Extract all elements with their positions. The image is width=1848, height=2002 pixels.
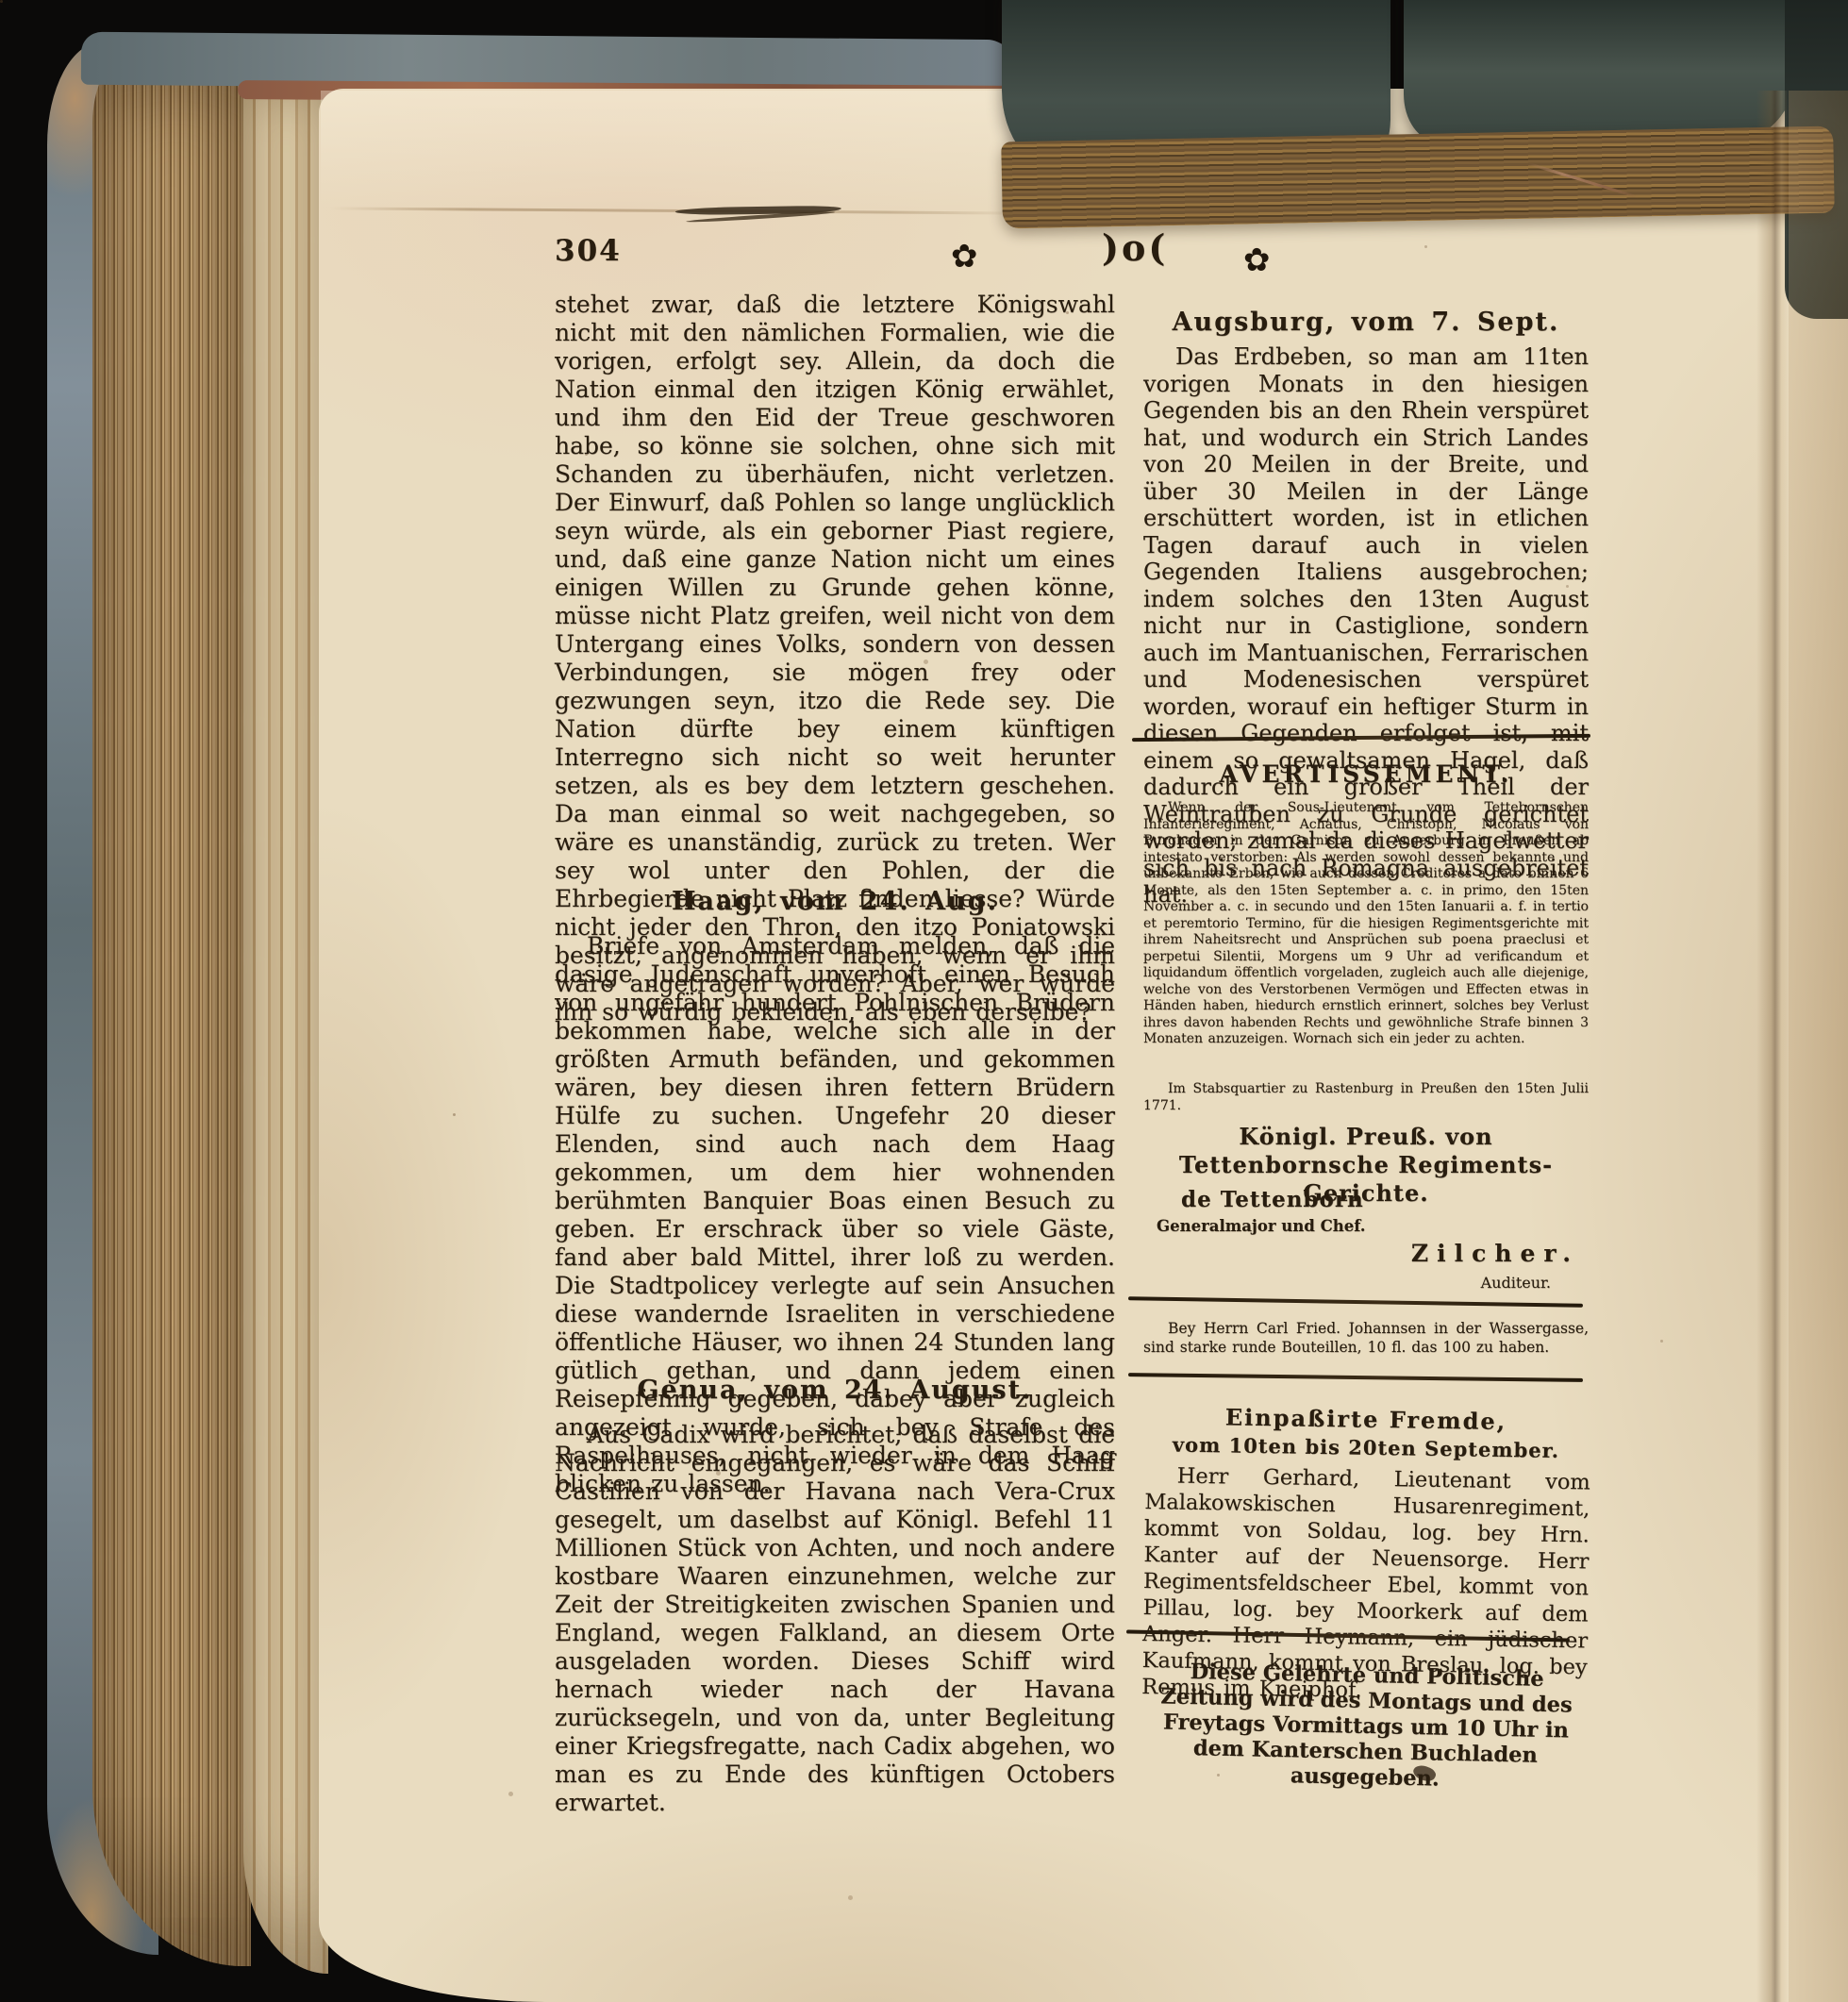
- floral-ornament-icon: ✿: [951, 238, 978, 275]
- column-divider-mark: )o(: [1102, 226, 1168, 269]
- page-stack-fore-edge: [92, 58, 251, 1966]
- page-number: 304: [555, 234, 622, 268]
- page-fold-crease: [1756, 91, 1789, 2002]
- publication-schedule-notice: Diese Gelehrte und Politische Zeitung wi…: [1142, 1659, 1590, 1795]
- page-stack-top-edge: [1001, 126, 1835, 229]
- bottle-sale-notice: Bey Herrn Carl Fried. Johannsen in der W…: [1143, 1319, 1589, 1357]
- paper-specks: [0, 0, 3, 3]
- avertissement-dateline: Im Stabsquartier zu Rastenburg in Preuße…: [1143, 1081, 1589, 1114]
- countersignature-name: Zilcher.: [1143, 1240, 1579, 1267]
- book-scan: 304 ✿ )o( ✿ stehet zwar, daß die letzter…: [0, 0, 1848, 2002]
- article-polish-election-continuation: stehet zwar, daß die letztere Königswahl…: [555, 291, 1115, 1026]
- article-haag: Briefe von Amsterdam melden, daß die das…: [555, 932, 1115, 1498]
- avertissement-heading: AVERTISSEMENT.: [1143, 760, 1589, 788]
- under-leaf-highlight: [321, 91, 1028, 209]
- section-heading-haag: Haag, vom 24. Aug.: [555, 887, 1115, 916]
- book-cover-top-right: [1404, 0, 1800, 142]
- article-genua: Aus Cadix wird berichtet, daß daselbst d…: [555, 1421, 1115, 1817]
- section-heading-augsburg: Augsburg, vom 7. Sept.: [1143, 308, 1589, 337]
- adjacent-page-sliver: [1789, 91, 1848, 2002]
- signature-name: de Tettenborn: [1181, 1187, 1364, 1212]
- countersignature-title: Auditeur.: [1143, 1274, 1551, 1292]
- section-heading-genua: Genua, vom 24. August.: [555, 1376, 1115, 1405]
- avertissement-body: Wenn der Sous-Lieutenant vom Tettebornsc…: [1143, 800, 1589, 1048]
- page-leaf-edges: [243, 72, 328, 1974]
- signature-title: Generalmajor und Chef.: [1157, 1217, 1365, 1235]
- floral-ornament-icon: ✿: [1243, 242, 1271, 279]
